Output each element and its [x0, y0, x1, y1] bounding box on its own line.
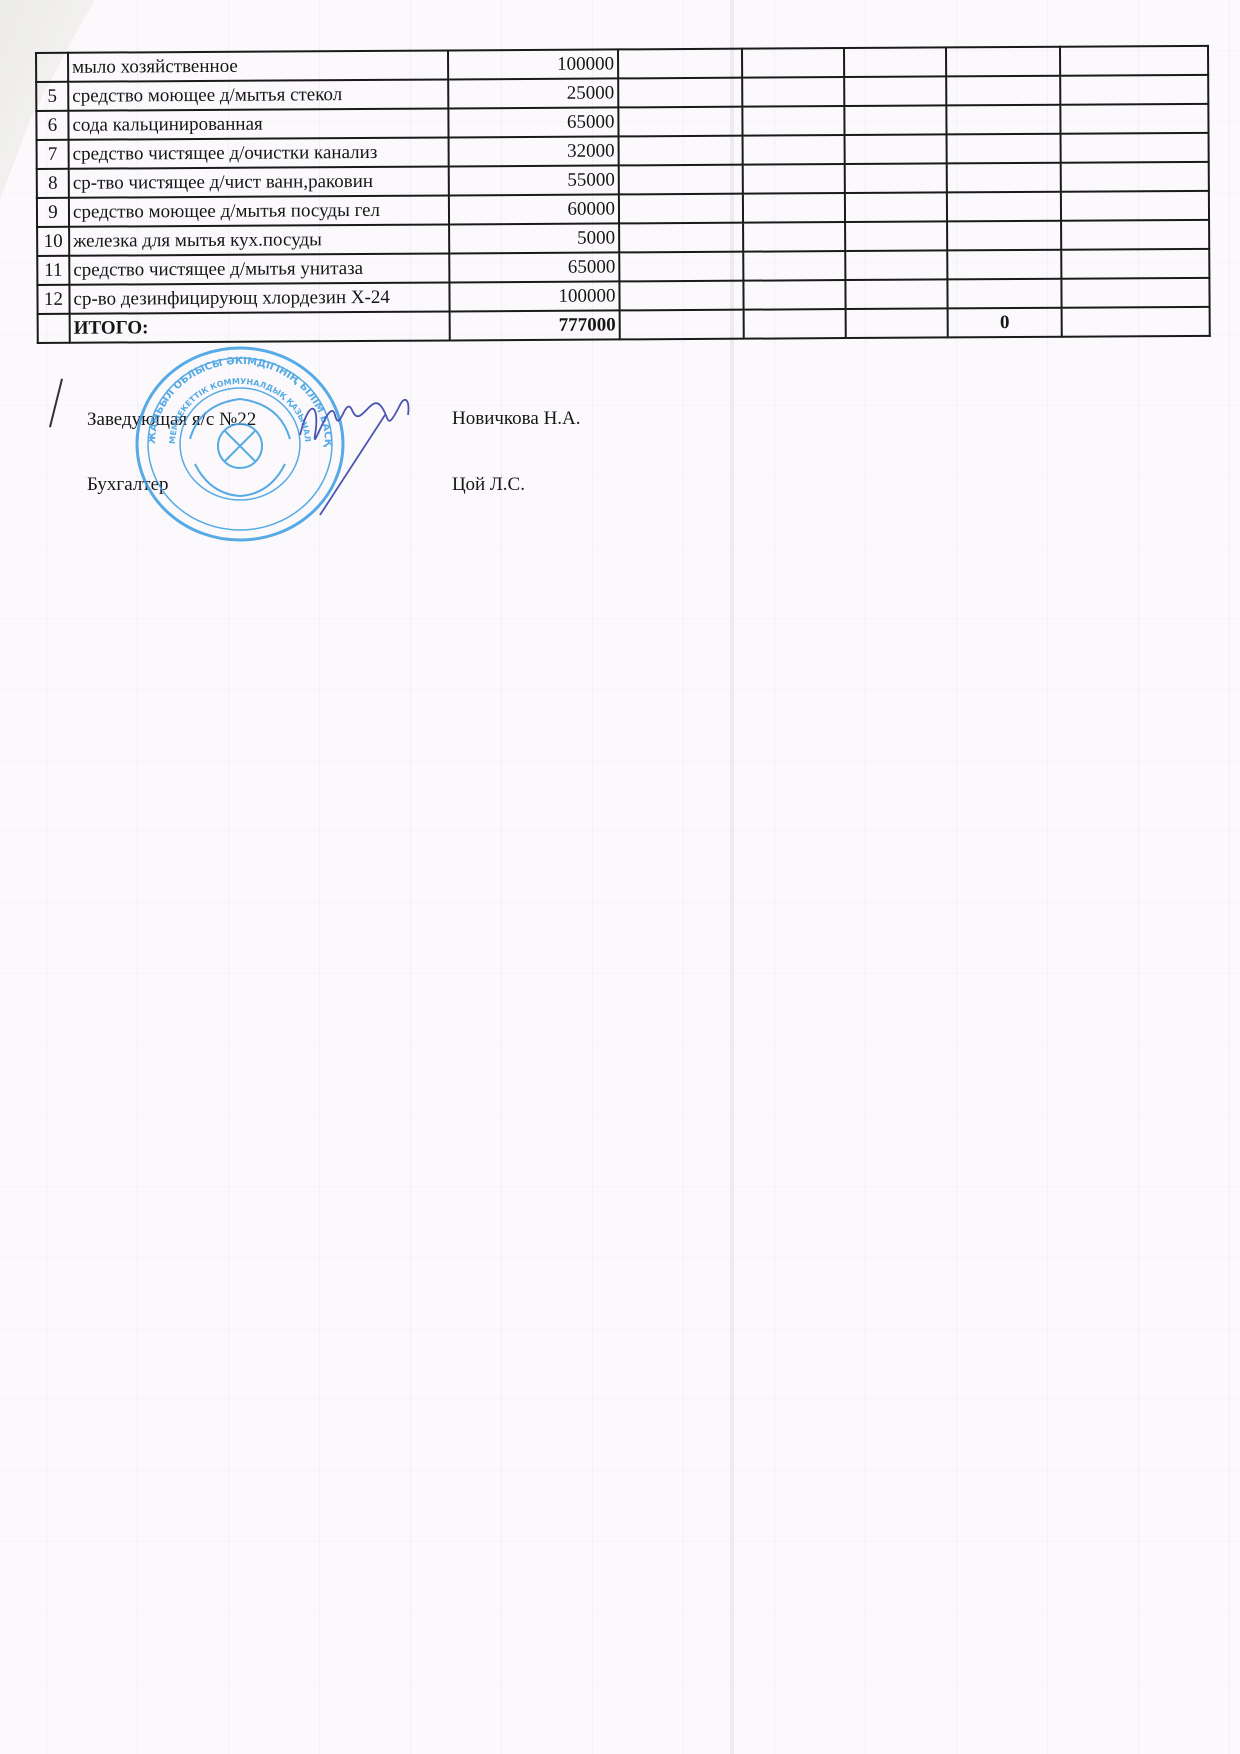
empty-cell: [743, 280, 845, 310]
empty-cell: [619, 165, 743, 195]
empty-cell: [619, 281, 743, 311]
svg-text:ЖАМБЫЛ ОБЛЫСЫ ӘКІМДІГІНІҢ БІЛІ: ЖАМБЫЛ ОБЛЫСЫ ӘКІМДІГІНІҢ БІЛІМ БАСҚАРМА…: [120, 344, 333, 448]
item-name: ср-во дезинфицирующ хлордезин Х-24: [69, 282, 449, 313]
empty-cell: [619, 252, 743, 282]
empty-cell: [947, 250, 1061, 280]
item-amount: 60000: [449, 194, 619, 224]
empty-cell: [742, 77, 844, 107]
empty-cell: [1061, 191, 1209, 221]
official-stamp: ЖАМБЫЛ ОБЛЫСЫ ӘКІМДІГІНІҢ БІЛІМ БАСҚАРМА…: [120, 344, 360, 544]
row-number: [36, 53, 68, 82]
empty-cell: [845, 163, 947, 193]
handwritten-signature: [290, 375, 420, 525]
empty-cell: [1061, 162, 1209, 192]
empty-cell: [947, 134, 1061, 164]
row-number: 11: [37, 256, 69, 285]
empty-cell: [947, 279, 1061, 309]
empty-cell: [743, 193, 845, 223]
pen-mark: [49, 379, 63, 428]
empty-cell: [743, 135, 845, 165]
empty-cell: [947, 163, 1061, 193]
empty-cell: [742, 106, 844, 136]
empty-cell: [743, 251, 845, 281]
empty-cell: [845, 250, 947, 280]
item-name: средство чистящее д/мытья унитаза: [69, 253, 449, 284]
row-number: 5: [36, 82, 68, 111]
empty-cell: [845, 221, 947, 251]
row-number: 7: [37, 140, 69, 169]
item-amount: 65000: [448, 107, 618, 137]
empty-cell: [1061, 249, 1209, 279]
empty-cell: [845, 279, 947, 309]
empty-cell: [946, 47, 1060, 77]
row-number: 10: [37, 227, 69, 256]
items-table: мыло хозяйственное1000005средство моющее…: [35, 45, 1211, 344]
empty-cell: [1060, 75, 1208, 105]
item-amount: 5000: [449, 223, 619, 253]
empty-cell: [619, 136, 743, 166]
empty-cell: [846, 308, 948, 338]
stamp-outer-text: ЖАМБЫЛ ОБЛЫСЫ ӘКІМДІГІНІҢ БІЛІМ БАСҚАРМА…: [120, 344, 333, 448]
item-name: средство моющее д/мытья посуды гел: [69, 195, 449, 226]
empty-cell: [844, 105, 946, 135]
empty-cell: [1060, 46, 1208, 76]
empty-cell: [743, 222, 845, 252]
item-amount: 55000: [449, 165, 619, 195]
empty-cell: [742, 48, 844, 78]
empty-cell: [844, 47, 946, 77]
row-number: 12: [37, 285, 69, 314]
total-row: ИТОГО:7770000: [38, 307, 1210, 343]
item-name: железка для мытья кух.посуды: [69, 224, 449, 255]
empty-cell: [744, 309, 846, 339]
empty-cell: [1061, 133, 1209, 163]
item-name: средство чистящее д/очистки канализ: [69, 137, 449, 168]
empty-cell: [619, 223, 743, 253]
signature-name-head: Новичкова Н.А.: [452, 408, 581, 430]
empty-cell: [946, 76, 1060, 106]
empty-cell: [618, 49, 742, 79]
empty-cell: [1062, 307, 1210, 337]
empty-cell: [845, 134, 947, 164]
empty-cell: [619, 194, 743, 224]
item-name: средство моющее д/мытья стекол: [68, 79, 448, 110]
empty-cell: [947, 192, 1061, 222]
item-amount: 100000: [448, 49, 618, 79]
empty-cell: [844, 76, 946, 106]
item-amount: 65000: [449, 252, 619, 282]
empty-cell: [743, 164, 845, 194]
row-number: 8: [37, 169, 69, 198]
signature-role-head: Заведующая я/с №22: [87, 409, 256, 431]
item-amount: 100000: [449, 281, 619, 311]
empty-cell: [38, 314, 70, 343]
item-amount: 25000: [448, 78, 618, 108]
empty-cell: [946, 105, 1060, 135]
total-label: ИТОГО:: [70, 311, 450, 342]
signature-name-accountant: Цой Л.С.: [452, 474, 525, 496]
item-name: сода кальцинированная: [68, 108, 448, 139]
row-number: 9: [37, 198, 69, 227]
signature-role-accountant: Бухгалтер: [87, 474, 169, 496]
empty-cell: [1061, 220, 1209, 250]
total-col4: 0: [948, 308, 1062, 338]
total-amount: 777000: [450, 310, 620, 340]
empty-cell: [620, 310, 744, 340]
empty-cell: [845, 192, 947, 222]
empty-cell: [1061, 278, 1209, 308]
empty-cell: [618, 107, 742, 137]
empty-cell: [1060, 104, 1208, 134]
empty-cell: [618, 78, 742, 108]
item-name: ср-тво чистящее д/чист ванн,раковин: [69, 166, 449, 197]
item-amount: 32000: [449, 136, 619, 166]
row-number: 6: [36, 111, 68, 140]
empty-cell: [947, 221, 1061, 251]
item-name: мыло хозяйственное: [68, 50, 448, 81]
